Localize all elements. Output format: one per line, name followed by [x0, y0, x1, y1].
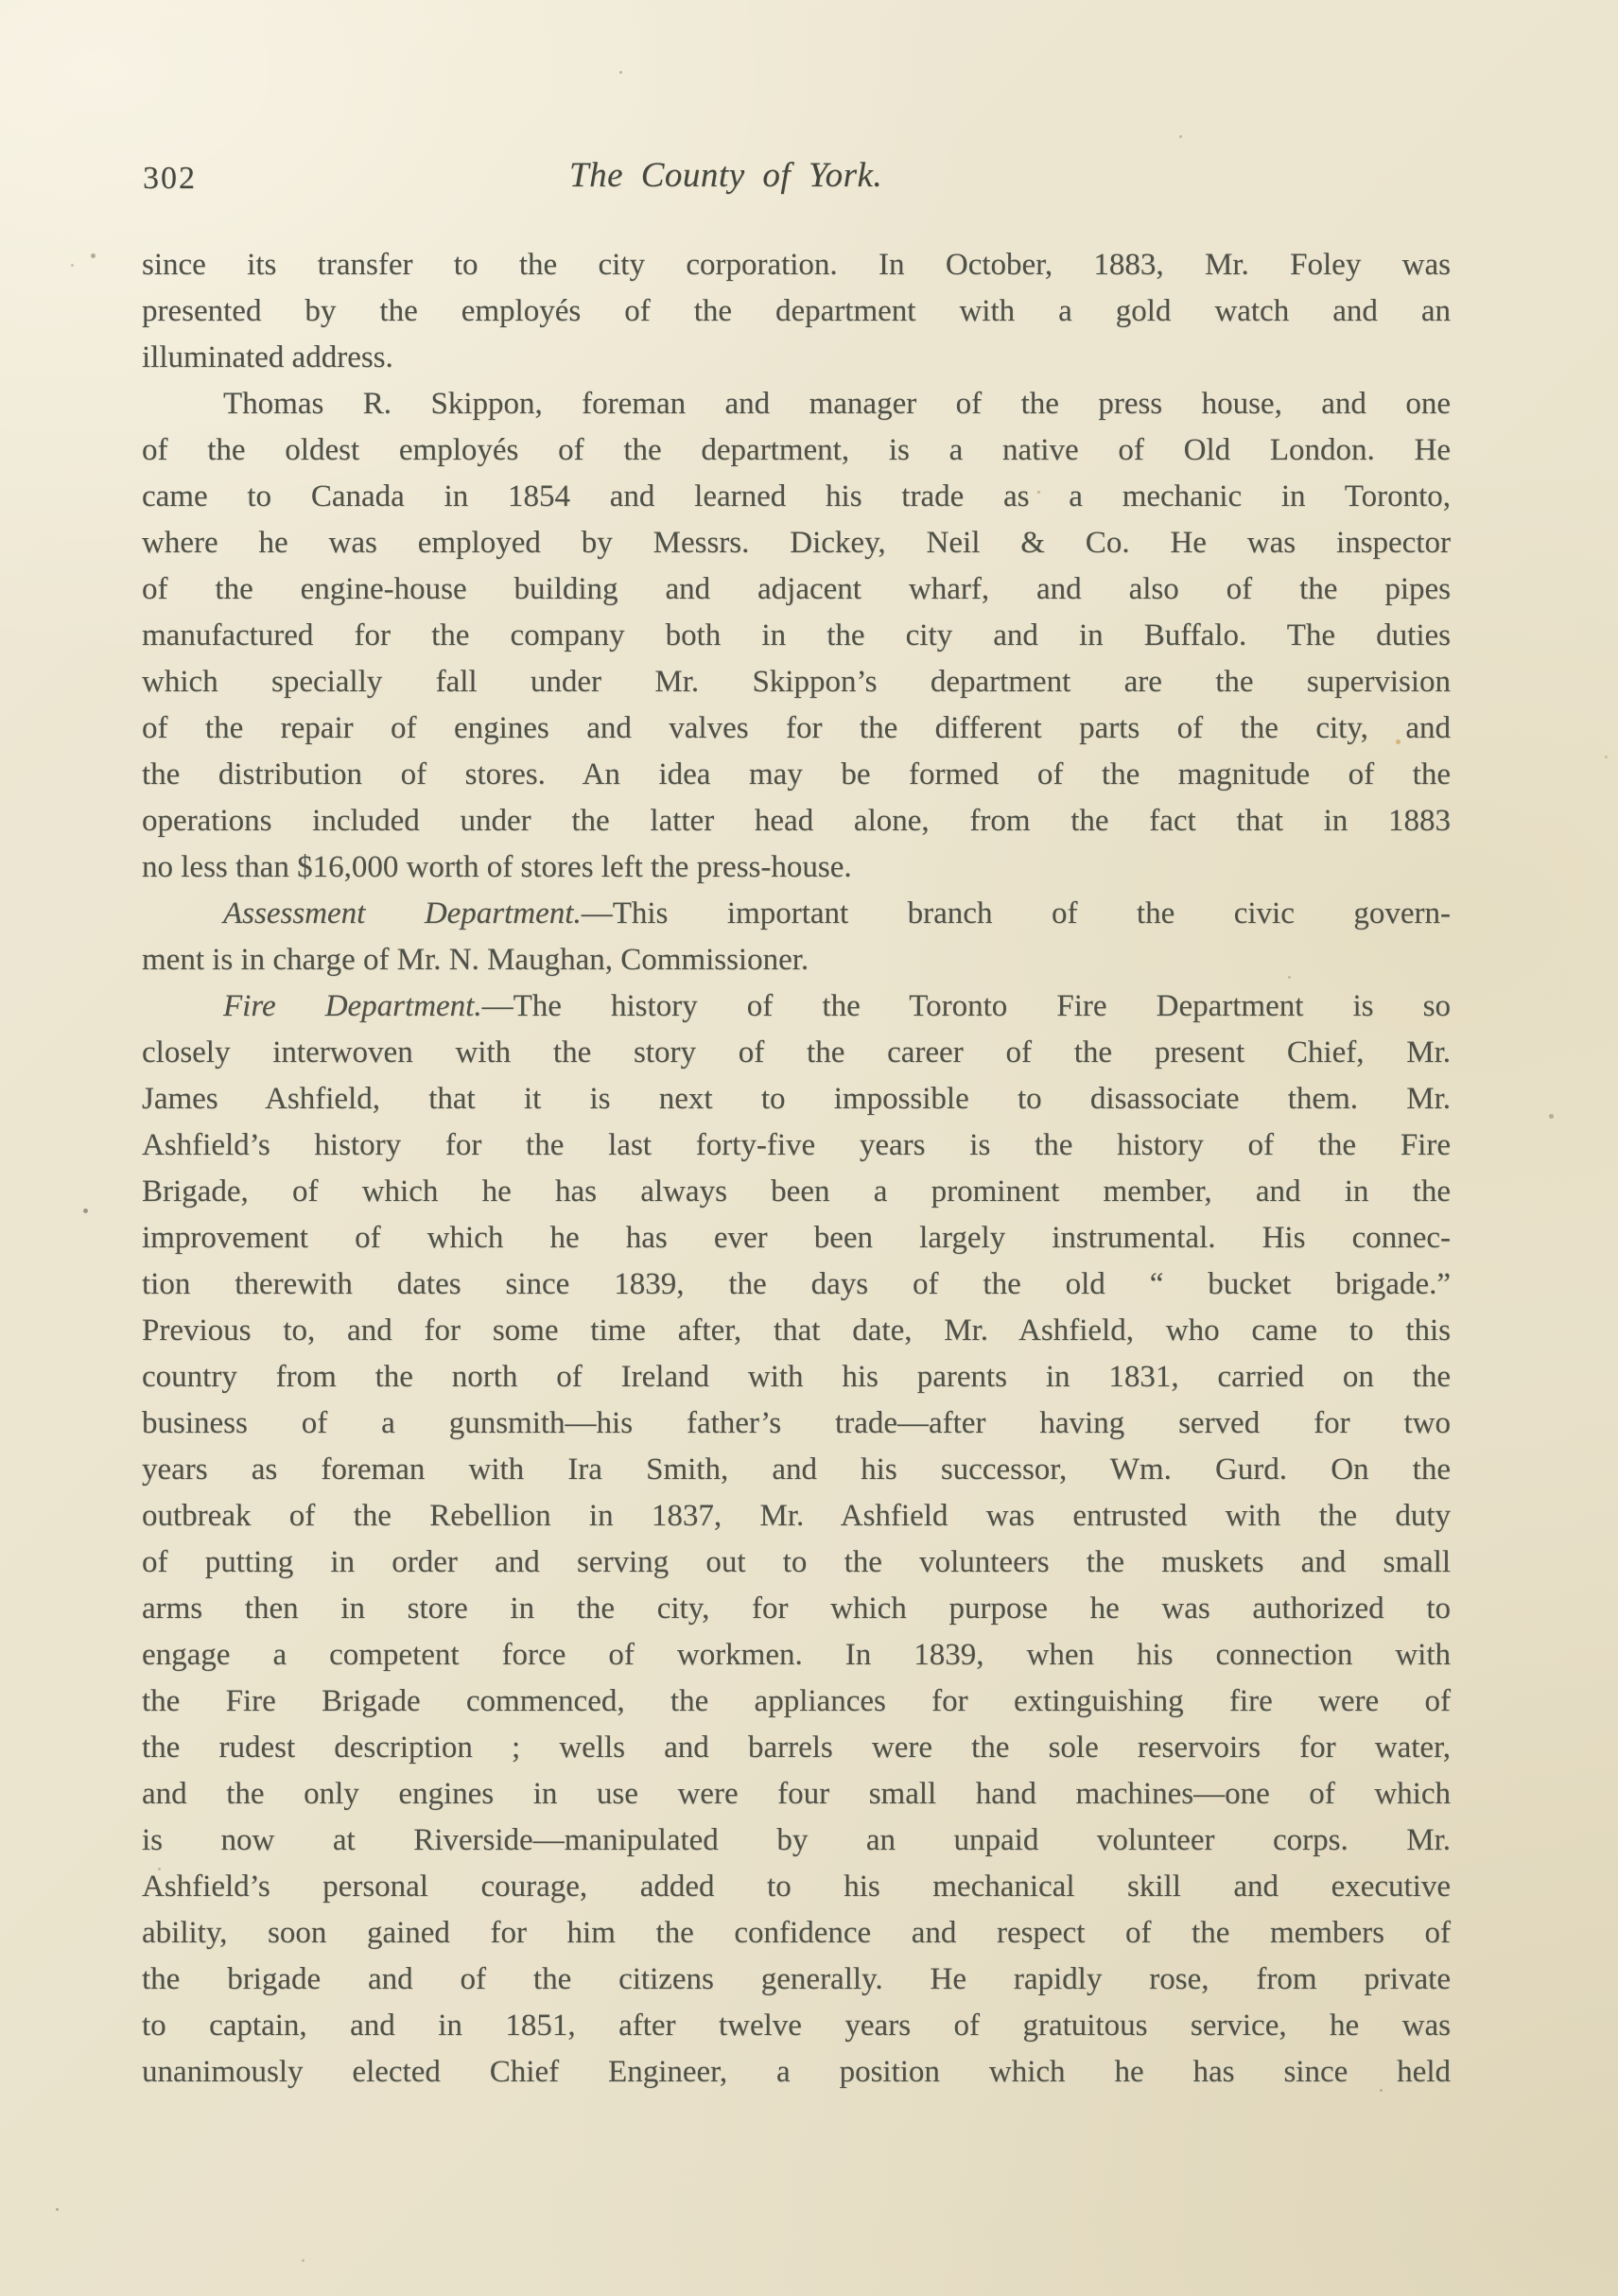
text-line: ment is in charge of Mr. N. Maughan, Com… — [142, 937, 1451, 983]
text-line: presented by the employés of the departm… — [142, 288, 1451, 335]
text-line: Previous to, and for some time after, th… — [142, 1308, 1451, 1354]
text-run: James Ashfield, that it is next to impos… — [142, 1082, 1451, 1116]
text-line: where he was employed by Messrs. Dickey,… — [142, 520, 1451, 566]
text-line: which specially fall under Mr. Skippon’s… — [142, 659, 1451, 705]
text-line: tion therewith dates since 1839, the day… — [142, 1261, 1451, 1308]
text-run: since its transfer to the city corporati… — [142, 248, 1451, 282]
text-line: came to Canada in 1854 and learned his t… — [142, 474, 1451, 520]
text-run: manufactured for the company both in the… — [142, 618, 1451, 652]
text-run: of putting in order and serving out to t… — [142, 1545, 1451, 1579]
text-line: Assessment Department.—This important br… — [142, 891, 1451, 937]
text-run: the distribution of stores. An idea may … — [142, 757, 1451, 791]
text-line: outbreak of the Rebellion in 1837, Mr. A… — [142, 1493, 1451, 1539]
text-run: unanimously elected Chief Engineer, a po… — [142, 2055, 1451, 2089]
text-run: came to Canada in 1854 and learned his t… — [142, 479, 1451, 513]
text-line: Brigade, of which he has always been a p… — [142, 1169, 1451, 1215]
text-run: improvement of which he has ever been la… — [142, 1221, 1451, 1255]
text-line: manufactured for the company both in the… — [142, 613, 1451, 659]
text-run: tion therewith dates since 1839, the day… — [142, 1267, 1451, 1301]
text-line: since its transfer to the city corporati… — [142, 242, 1451, 288]
text-line: Fire Department.—The history of the Toro… — [142, 983, 1451, 1030]
text-line: of the oldest employés of the department… — [142, 427, 1451, 474]
text-line: closely interwoven with the story of the… — [142, 1030, 1451, 1076]
text-line: illuminated address. — [142, 335, 1451, 381]
text-line: Thomas R. Skippon, foreman and manager o… — [142, 381, 1451, 427]
text-line: of putting in order and serving out to t… — [142, 1539, 1451, 1586]
page-number: 302 — [143, 161, 197, 197]
text-line: operations included under the latter hea… — [142, 798, 1451, 844]
text-line: improvement of which he has ever been la… — [142, 1215, 1451, 1261]
text-run: —This important branch of the civic gove… — [582, 896, 1451, 931]
text-line: ability, soon gained for him the confide… — [142, 1910, 1451, 1957]
text-run: of the engine-house building and adjacen… — [142, 572, 1451, 606]
text-run: arms then in store in the city, for whic… — [142, 1592, 1451, 1626]
text-line: country from the north of Ireland with h… — [142, 1354, 1451, 1400]
text-line: unanimously elected Chief Engineer, a po… — [142, 2049, 1451, 2096]
text-run: Ashfield’s personal courage, added to hi… — [142, 1870, 1451, 1904]
text-line: the brigade and of the citizens generall… — [142, 1957, 1451, 2003]
running-title: The County of York. — [569, 155, 882, 196]
text-line: years as foreman with Ira Smith, and his… — [142, 1447, 1451, 1493]
text-run: of the oldest employés of the department… — [142, 433, 1451, 467]
text-line: the Fire Brigade commenced, the applianc… — [142, 1679, 1451, 1725]
text-line: Ashfield’s personal courage, added to hi… — [142, 1864, 1451, 1910]
italic-run: Fire Department. — [223, 989, 482, 1023]
text-line: Ashfield’s history for the last forty-fi… — [142, 1122, 1451, 1169]
text-run: business of a gunsmith—his father’s trad… — [142, 1406, 1451, 1440]
text-run: outbreak of the Rebellion in 1837, Mr. A… — [142, 1499, 1451, 1533]
text-run: of the repair of engines and valves for … — [142, 711, 1451, 745]
text-run: no less than $16,000 worth of stores lef… — [142, 850, 852, 884]
text-line: to captain, and in 1851, after twelve ye… — [142, 2003, 1451, 2049]
text-run: which specially fall under Mr. Skippon’s… — [142, 665, 1451, 699]
italic-run: Assessment Department. — [223, 896, 582, 931]
text-run: to captain, and in 1851, after twelve ye… — [142, 2009, 1451, 2043]
text-run: is now at Riverside—manipulated by an un… — [142, 1823, 1451, 1857]
text-line: of the engine-house building and adjacen… — [142, 566, 1451, 613]
text-line: the rudest description ; wells and barre… — [142, 1725, 1451, 1771]
text-line: arms then in store in the city, for whic… — [142, 1586, 1451, 1632]
text-run: the rudest description ; wells and barre… — [142, 1731, 1451, 1765]
text-run: country from the north of Ireland with h… — [142, 1360, 1451, 1394]
text-run: engage a competent force of workmen. In … — [142, 1638, 1451, 1672]
text-line: engage a competent force of workmen. In … — [142, 1632, 1451, 1679]
text-run: Previous to, and for some time after, th… — [142, 1313, 1451, 1348]
text-run: and the only engines in use were four sm… — [142, 1777, 1451, 1811]
text-line: James Ashfield, that it is next to impos… — [142, 1076, 1451, 1122]
text-line: business of a gunsmith—his father’s trad… — [142, 1400, 1451, 1447]
text-line: no less than $16,000 worth of stores lef… — [142, 844, 1451, 891]
text-line: is now at Riverside—manipulated by an un… — [142, 1818, 1451, 1864]
text-run: Thomas R. Skippon, foreman and manager o… — [223, 387, 1451, 421]
body-text: since its transfer to the city corporati… — [142, 242, 1451, 2096]
text-run: closely interwoven with the story of the… — [142, 1035, 1451, 1070]
text-run: where he was employed by Messrs. Dickey,… — [142, 526, 1451, 560]
text-run: Brigade, of which he has always been a p… — [142, 1174, 1451, 1209]
text-run: operations included under the latter hea… — [142, 804, 1451, 838]
book-page: 302 The County of York. since its transf… — [0, 0, 1618, 2296]
text-line: of the repair of engines and valves for … — [142, 705, 1451, 752]
text-run: years as foreman with Ira Smith, and his… — [142, 1452, 1451, 1487]
text-line: and the only engines in use were four sm… — [142, 1771, 1451, 1818]
text-run: —The history of the Toronto Fire Departm… — [482, 989, 1451, 1023]
text-run: presented by the employés of the departm… — [142, 294, 1451, 328]
text-run: ment is in charge of Mr. N. Maughan, Com… — [142, 943, 809, 977]
text-run: illuminated address. — [142, 340, 393, 374]
text-run: ability, soon gained for him the confide… — [142, 1916, 1451, 1950]
text-line: the distribution of stores. An idea may … — [142, 752, 1451, 798]
text-run: the brigade and of the citizens generall… — [142, 1962, 1451, 1996]
text-run: Ashfield’s history for the last forty-fi… — [142, 1128, 1451, 1162]
text-run: the Fire Brigade commenced, the applianc… — [142, 1684, 1451, 1718]
